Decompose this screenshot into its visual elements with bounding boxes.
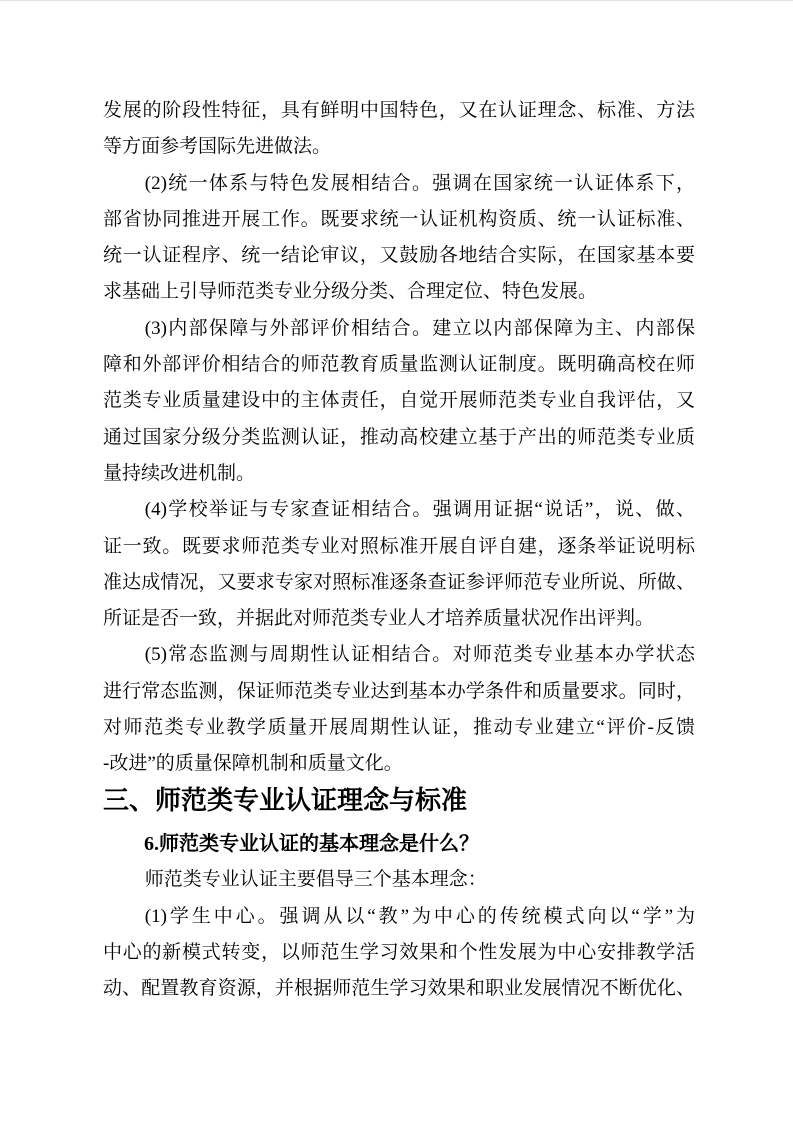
text-line: 动、配置教育资源，并根据师范生学习效果和职业发展情况不断优化、 — [103, 971, 695, 1007]
text-line: 障和外部评价相结合的师范教育质量监测认证制度。既明确高校在师 — [103, 347, 695, 383]
text-line: 中心的新模式转变，以师范生学习效果和个性发展为中心安排教学活 — [103, 935, 695, 971]
text-line: (5)常态监测与周期性认证相结合。对师范类专业基本办学状态 — [103, 637, 695, 673]
text-line: 统一认证程序、统一结论审议，又鼓励各地结合实际，在国家基本要 — [103, 238, 695, 274]
text-line: 所证是否一致，并据此对师范类专业人才培养质量状况作出评判。 — [103, 601, 695, 637]
text-line: 范类专业质量建设中的主体责任，自觉开展师范类专业自我评估，又 — [103, 383, 695, 419]
text-line: 部省协同推进开展工作。既要求统一认证机构资质、统一认证标准、 — [103, 202, 695, 238]
document-body: 发展的阶段性特征，具有鲜明中国特色，又在认证理念、标准、方法 等方面参考国际先进… — [103, 93, 695, 1007]
text-line: 准达成情况，又要求专家对照标准逐条查证参评师范专业所说、所做、 — [103, 565, 695, 601]
text-line: -改进”的质量保障机制和质量文化。 — [103, 746, 695, 782]
text-line: 通过国家分级分类监测认证，推动高校建立基于产出的师范类专业质 — [103, 420, 695, 456]
text-line: 量持续改进机制。 — [103, 456, 695, 492]
text-line: 证一致。既要求师范类专业对照标准开展自评自建，逐条举证说明标 — [103, 529, 695, 565]
text-line: 师范类专业认证主要倡导三个基本理念： — [103, 862, 695, 898]
text-line: 发展的阶段性特征，具有鲜明中国特色，又在认证理念、标准、方法 — [103, 93, 695, 129]
text-line: 求基础上引导师范类专业分级分类、合理定位、特色发展。 — [103, 274, 695, 310]
document-page: 发展的阶段性特征，具有鲜明中国特色，又在认证理念、标准、方法 等方面参考国际先进… — [0, 0, 793, 1123]
text-line: 进行常态监测，保证师范类专业达到基本办学条件和质量要求。同时， — [103, 674, 695, 710]
text-line: (1)学生中心。强调从以“教”为中心的传统模式向以“学”为 — [103, 899, 695, 935]
text-line: 对师范类专业教学质量开展周期性认证，推动专业建立“评价-反馈 — [103, 710, 695, 746]
section-heading: 三、师范类专业认证理念与标准 — [103, 783, 695, 819]
text-line: (4)学校举证与专家查证相结合。强调用证据“说话”，说、做、 — [103, 492, 695, 528]
text-line: (3)内部保障与外部评价相结合。建立以内部保障为主、内部保 — [103, 311, 695, 347]
text-line: (2)统一体系与特色发展相结合。强调在国家统一认证体系下， — [103, 166, 695, 202]
question-heading: 6.师范类专业认证的基本理念是什么？ — [103, 826, 695, 862]
text-line: 等方面参考国际先进做法。 — [103, 129, 695, 165]
